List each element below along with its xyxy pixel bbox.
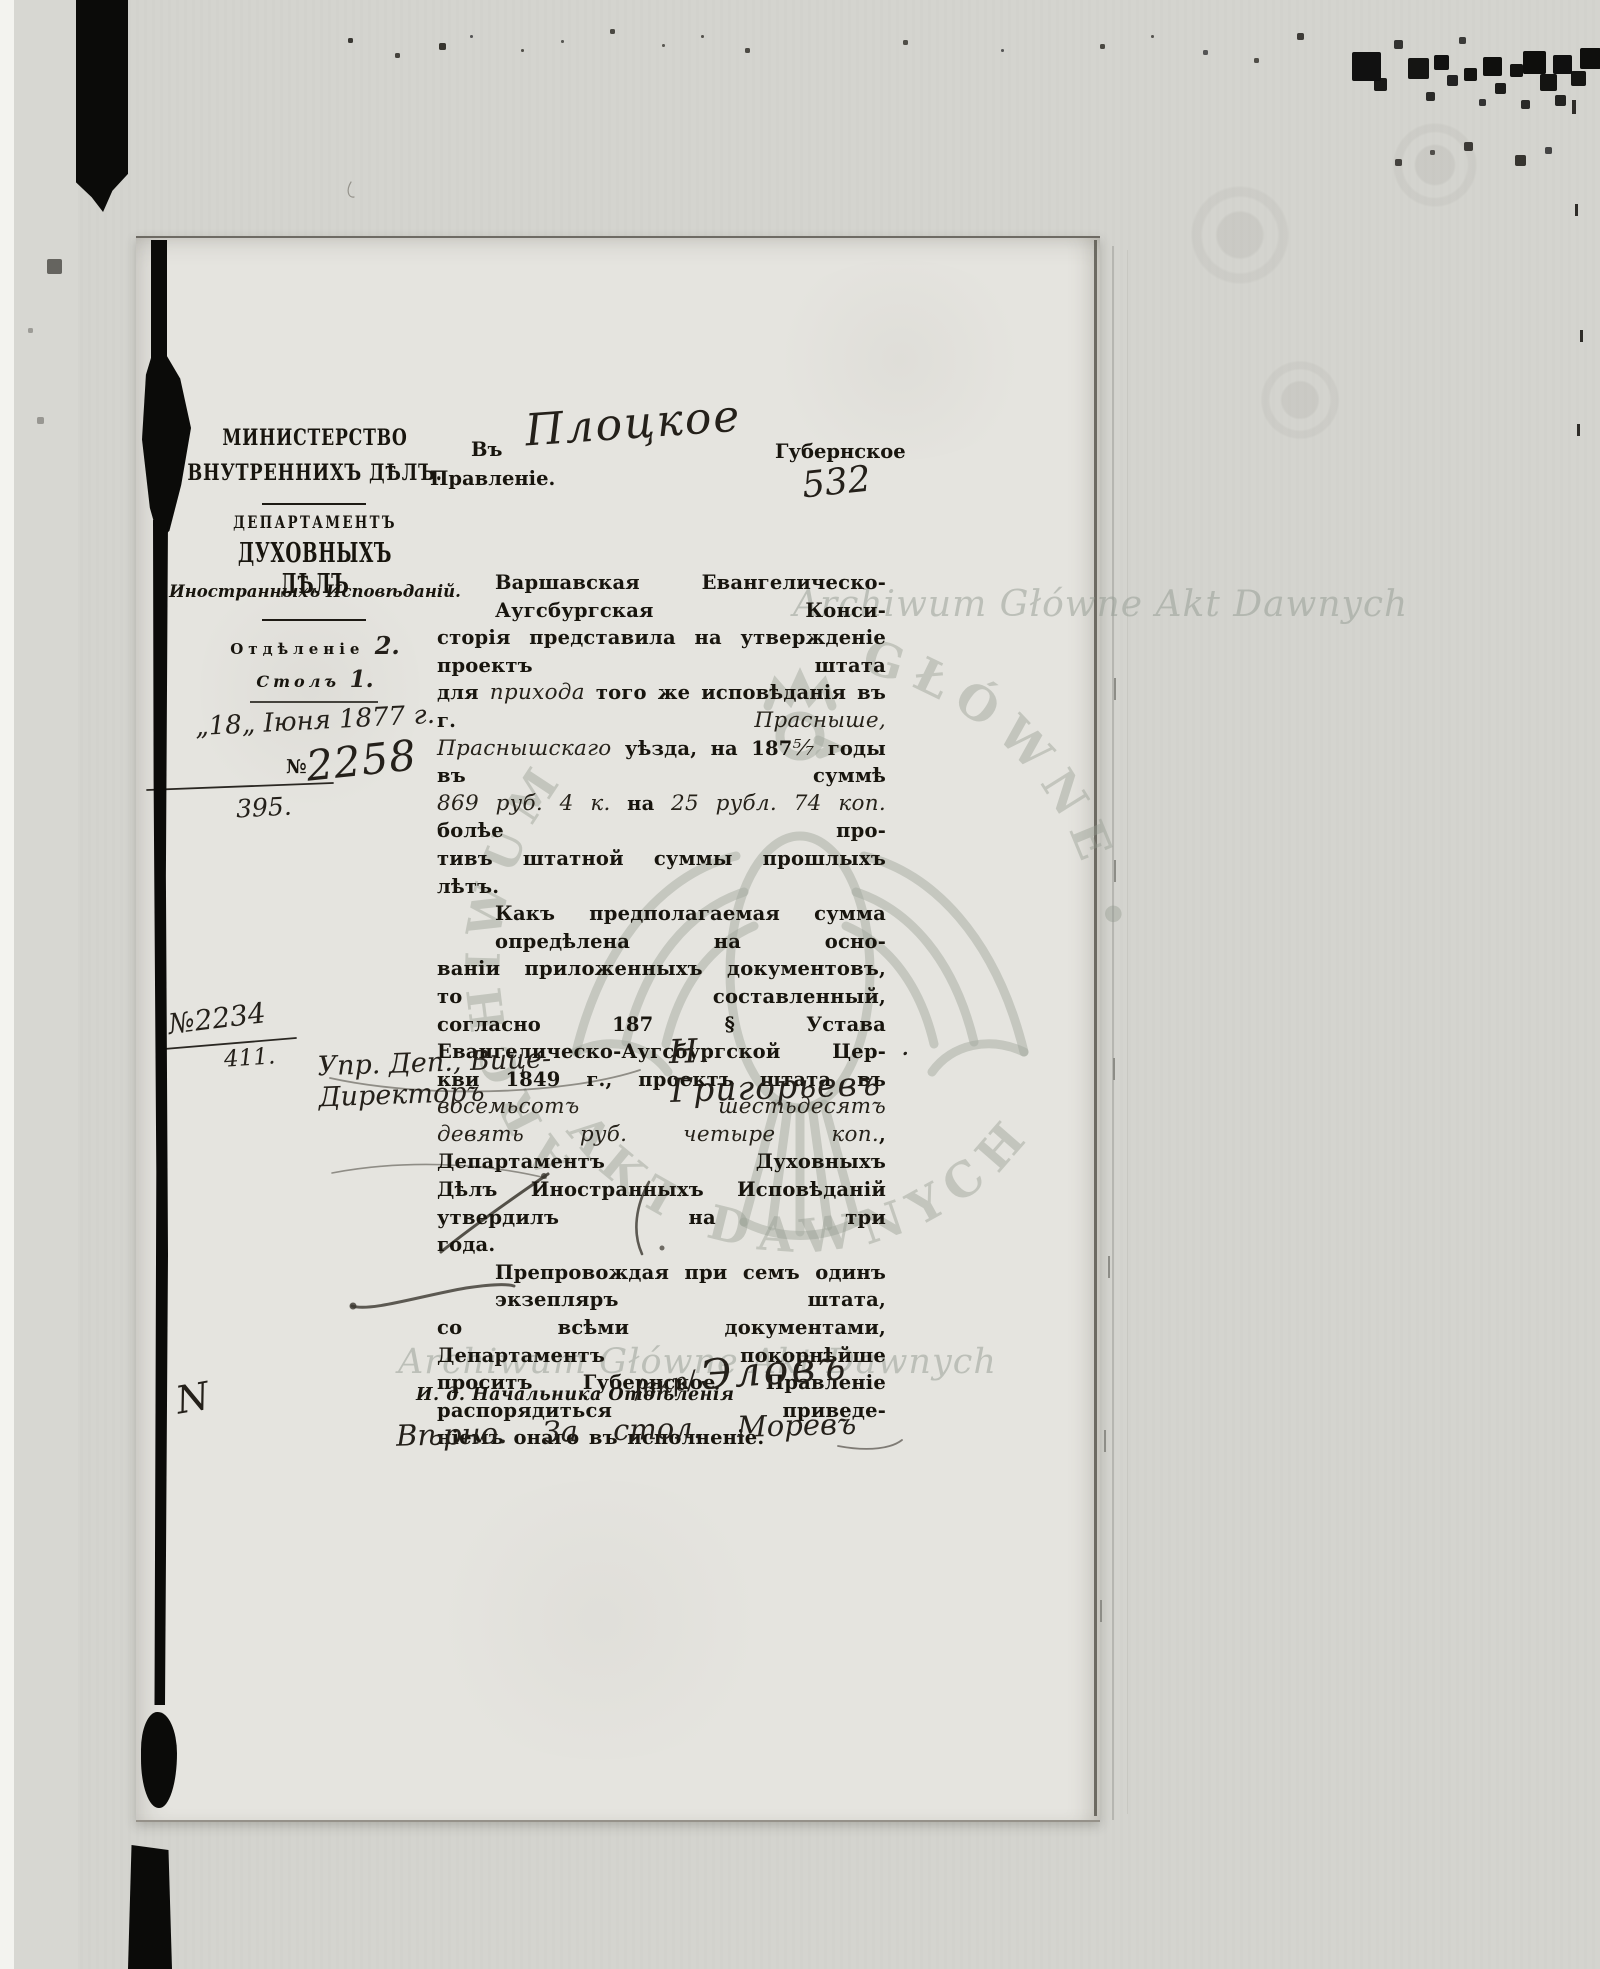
paper-stain [760,260,1040,460]
letterhead-desk-row: Столъ 1. [150,666,480,693]
printed-text: Дѣлъ Иностранныхъ Исповѣданій утвердилъ … [437,1178,886,1229]
body-line: 869 руб. 4 к. на 25 рубл. 74 коп. болѣе … [437,790,886,845]
under-sheet-edge [1127,250,1128,1814]
body-line: Дѣлъ Иностранныхъ Исповѣданій утвердилъ … [437,1176,886,1231]
body-line: тивъ штатной суммы прошлыхъ лѣтъ. [437,845,886,900]
film-tick [1580,330,1583,342]
printed-text: сторія представила на утвержденіе проект… [437,626,886,677]
crease-mark [348,182,354,197]
numero-sign: № [286,756,307,778]
film-tick [1572,100,1576,114]
handwritten-text: ⁵⁄₇ [793,736,815,761]
letterhead-rule [262,619,366,621]
document-scan: ARCHIWUM GŁÓWNE • AKT DAWNYCH [0,0,1600,1969]
dust-specks [0,0,1,1]
addressee-line2: Правленіе. [430,467,555,490]
handwritten-text: девять руб. четыре коп. [437,1122,879,1147]
desk-number-handwritten: 1. [350,666,374,693]
letterhead-rule [262,503,366,505]
sheet-mark [1114,678,1116,700]
film-pattern [1360,90,1510,240]
addressee-suffix: Губернское [775,440,906,463]
sheet-mark [1100,1600,1102,1622]
printed-text: болѣе про- [437,819,886,842]
film-margin-strip [14,0,78,1969]
handwritten-text: Праснышскаго [437,736,612,761]
signature-period: . [900,1031,910,1062]
margin-ref-sub: 411. [223,1043,276,1073]
film-pattern [1230,330,1370,470]
printed-text: уѣзда, на 187 [612,737,793,760]
sheet-mark [1104,1430,1106,1452]
letterhead-section-row: Отдѣленіе 2. [150,631,480,660]
sheet-mark [1108,1256,1110,1278]
addressee-prefix: Въ [471,438,502,461]
letterhead-ministry-line1: МИНИСТЕРСТВО [186,425,443,451]
film-edge-strip [0,0,14,1969]
sheet-mark [1113,1058,1115,1080]
handwritten-text: 25 рубл. 74 коп. [671,791,886,816]
handwritten-text: прихода [490,680,585,705]
director-title-handwritten: Упр. Деп., Вице-Директоръ [317,1039,671,1113]
director-name-signature: Н. Григорьевъ [668,1024,902,1110]
section-label: Отдѣленіе [230,640,364,658]
folio-number-handwritten: 532 [800,459,873,507]
letterhead-ministry-line2: ВНУТРЕННИХЪ ДѢЛЪ. [183,460,447,486]
letterhead-rule [250,701,378,703]
desk-label: Столъ [256,672,340,691]
printed-text: Варшавская Евангелическо-Аугсбургская Ко… [495,571,886,622]
printed-text: на [611,792,671,815]
printed-text: Препровождая при семъ одинъ экзепляръ шт… [495,1261,886,1312]
printed-text: года. [437,1233,495,1256]
film-pattern [1150,150,1330,320]
binding-bar-bottom [128,1845,172,1969]
binding-bar-top [76,0,128,212]
doc-number-sub-handwritten: 395. [235,792,292,824]
handwritten-text: 869 руб. 4 к. [437,791,611,816]
section-number-handwritten: 2. [375,631,400,660]
printed-text: для [437,681,490,704]
body-line: для прихода того же исповѣданія въ г. Пр… [437,679,886,734]
page-right-edge [1094,240,1097,1816]
handwritten-text: Прасныше, [754,708,886,733]
sheet-mark [1114,860,1116,882]
body-line: Праснышскаго уѣзда, на 187⁵⁄₇ годы въ су… [437,735,886,790]
printed-text: ваніи приложенныхъ документовъ, то соста… [437,957,886,1008]
body-line: ваніи приложенныхъ документовъ, то соста… [437,955,886,1010]
under-sheet-edge [1112,246,1114,1820]
body-line: Какъ предполагаемая сумма опредѣлена на … [437,900,886,955]
film-tick [1575,204,1578,216]
body-line: сторія представила на утвержденіе проект… [437,624,886,679]
body-line: года. [437,1231,886,1259]
body-line: Варшавская Евангелическо-Аугсбургская Ко… [437,569,886,624]
printed-text: Какъ предполагаемая сумма опредѣлена на … [495,902,886,953]
body-line: Препровождая при семъ одинъ экзепляръ шт… [437,1259,886,1314]
printed-text: тивъ штатной суммы прошлыхъ лѣтъ. [437,847,886,898]
body-line: девять руб. четыре коп., Департаментъ Ду… [437,1121,886,1176]
paper-stain [420,1480,780,1760]
film-tick [1577,424,1580,436]
letterhead-department-line1: ДЕПАРТАМЕНТЪ [186,513,443,533]
body-text: Варшавская Евангелическо-Аугсбургская Ко… [437,569,886,1452]
letterhead-department-line3: Иностранныхъ Исповѣданій. [150,582,480,601]
